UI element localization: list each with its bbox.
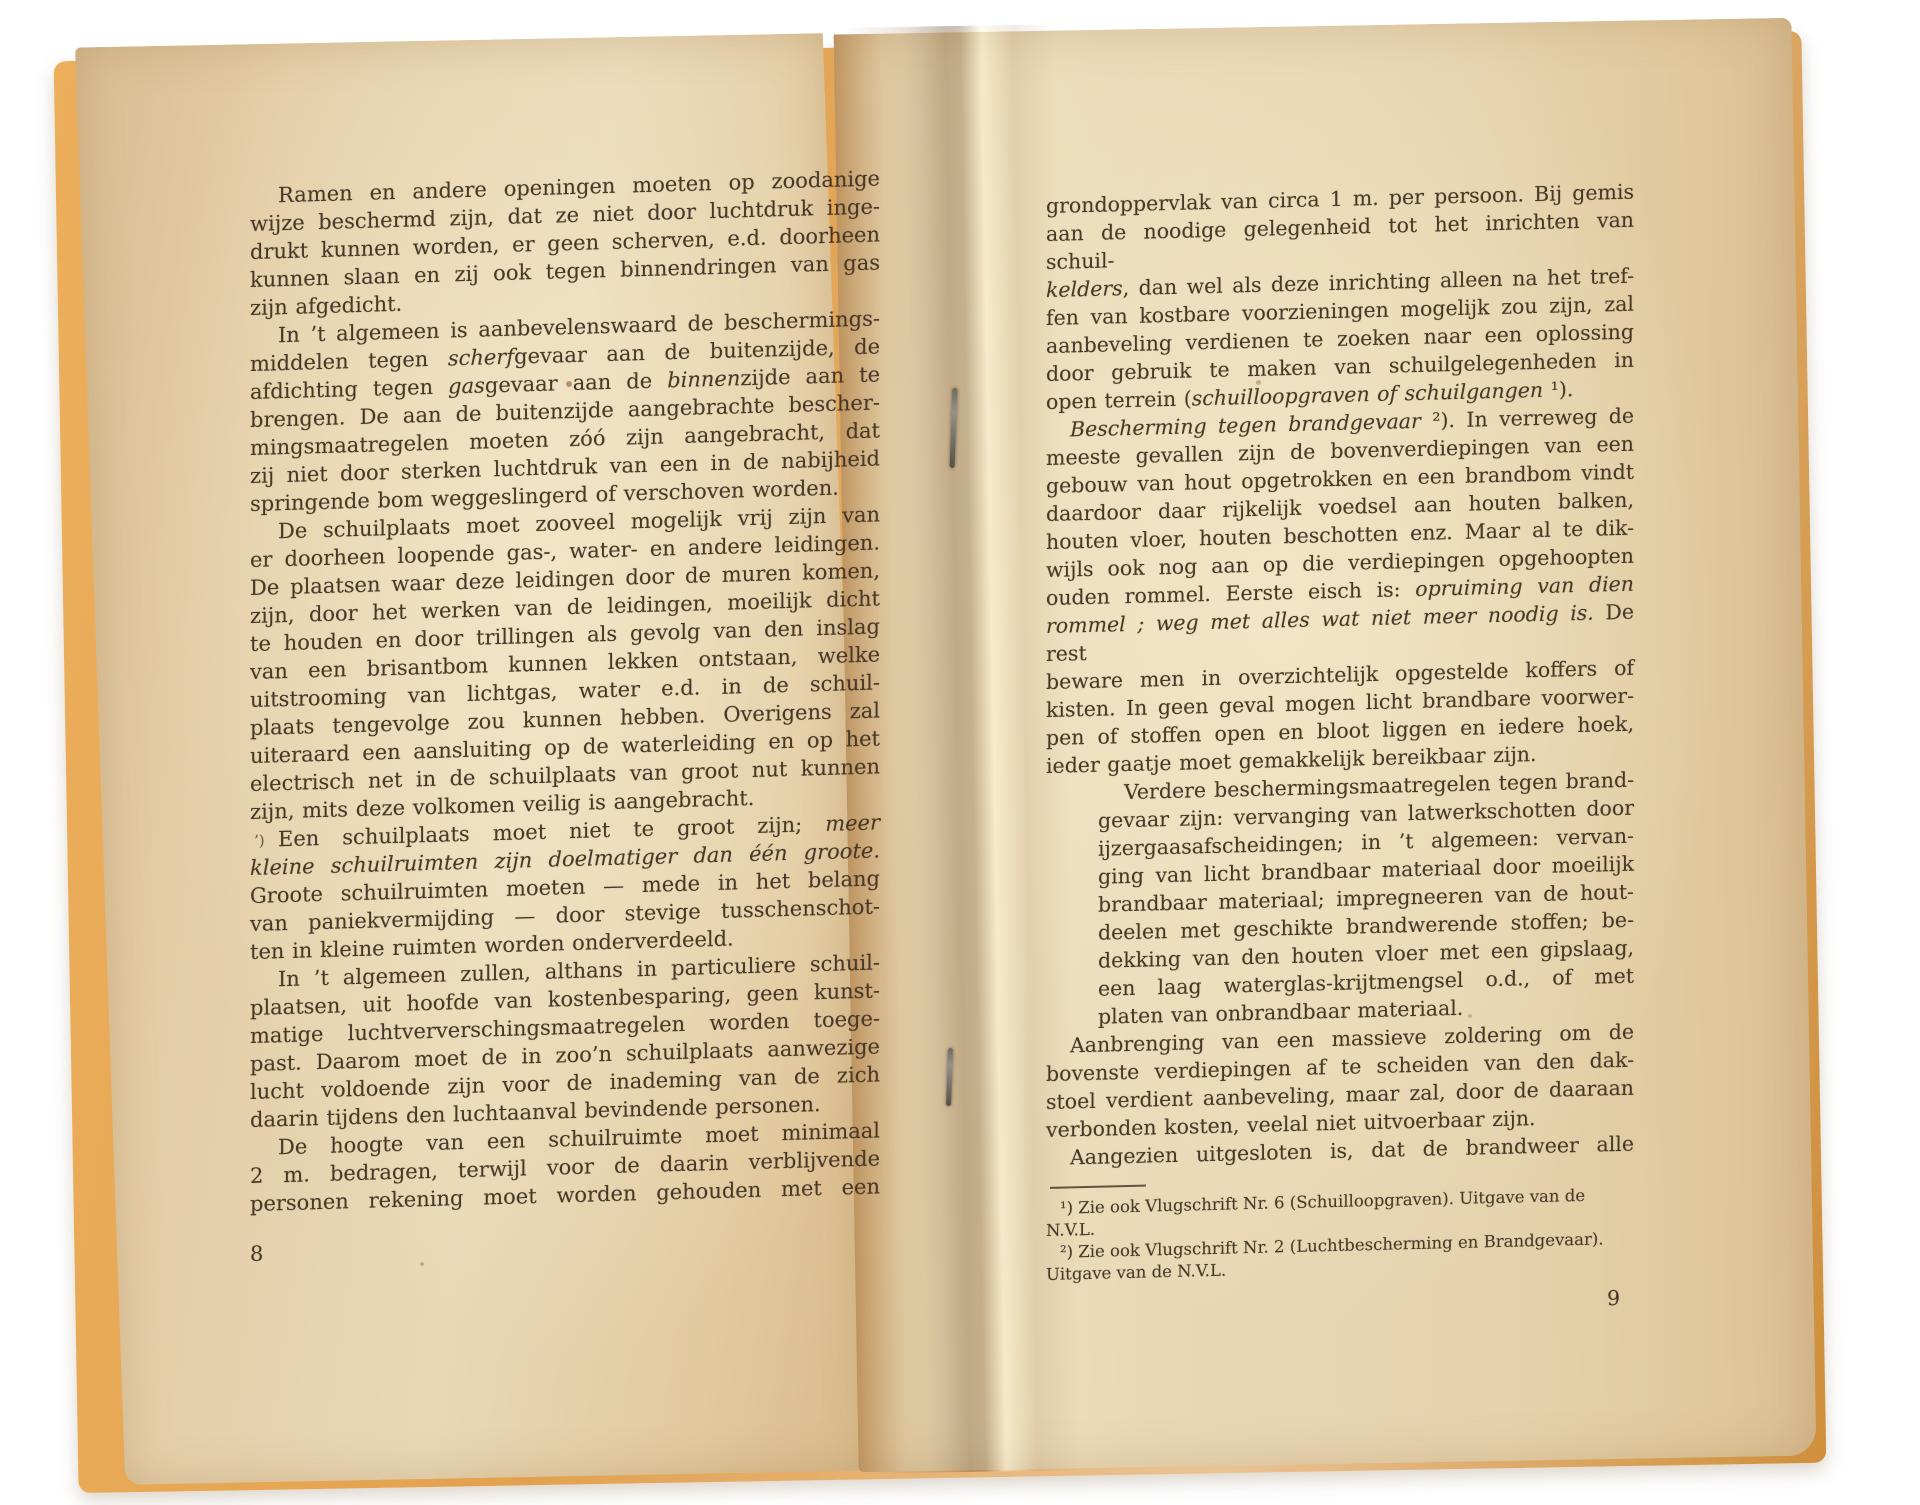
left-page-text: Ramen en andere openingen moeten op zood… (250, 164, 880, 1268)
paragraph: Bescherming tegen brandgevaar ²). In ver… (1046, 402, 1634, 780)
paragraph: In ’t algemeen is aanbevelenswaard de be… (250, 304, 880, 518)
book-photo: Ramen en andere openingen moeten op zood… (0, 0, 1920, 1505)
paragraph: grondoppervlak van circa 1 m. per persoo… (1046, 178, 1634, 416)
paragraph: ’)Een schuilplaats moet niet te groot zi… (250, 808, 880, 966)
margin-mark: ’) (254, 827, 265, 855)
paragraph: Aanbrenging van een massieve zoldering o… (1046, 1018, 1634, 1144)
paragraph: Ramen en andere openingen moeten op zood… (250, 164, 880, 322)
right-page-text: grondoppervlak van circa 1 m. per persoo… (1046, 178, 1634, 1326)
paragraph: De hoogte van een schuilruimte moet mini… (250, 1116, 880, 1218)
paragraph: De schuilplaats moet zooveel mogelijk vr… (250, 500, 880, 826)
paragraph: Verdere beschermingsmaatregelen tegen br… (1098, 766, 1634, 1031)
footnote-rule (1050, 1185, 1146, 1189)
paragraph: In ’t algemeen zullen, althans in partic… (250, 948, 880, 1134)
footnotes: ¹) Zie ook Vlugschrift Nr. 6 (Schuilloop… (1046, 1184, 1634, 1286)
